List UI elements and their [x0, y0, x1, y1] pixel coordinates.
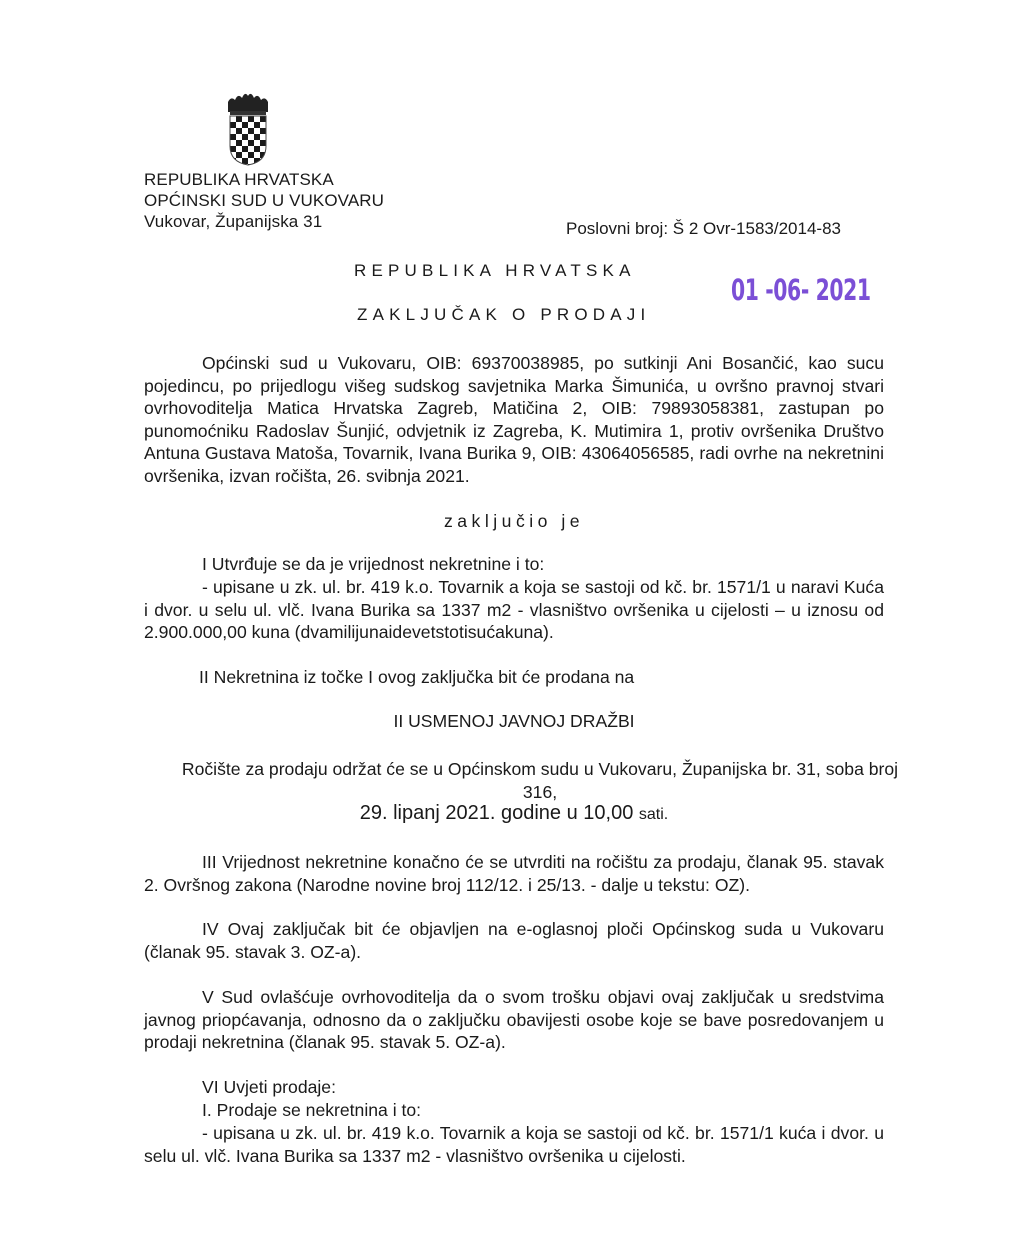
section-1-lead: I Utvrđuje se da je vrijednost nekretnin…: [144, 553, 884, 576]
section-6-sub1: I. Prodaje se nekretnina i to:: [144, 1099, 884, 1122]
section-3: III Vrijednost nekretnine konačno će se …: [144, 851, 884, 896]
section-1-item: - upisane u zk. ul. br. 419 k.o. Tovarni…: [144, 576, 884, 644]
date-stamp: 01 -06- 2021: [731, 273, 871, 307]
croatian-coat-of-arms-icon: [226, 90, 270, 166]
section-4: IV Ovaj zaključak bit će objavljen na e-…: [144, 918, 884, 963]
section-6-item: - upisana u zk. ul. br. 419 k.o. Tovarni…: [144, 1122, 884, 1167]
auction-heading: II USMENOJ JAVNOJ DRAŽBI: [144, 710, 884, 733]
hearing-time-unit: sati.: [639, 806, 668, 823]
case-number: Poslovni broj: Š 2 Ovr-1583/2014-83: [566, 219, 841, 239]
section-5: V Sud ovlašćuje ovrhovoditelja da o svom…: [144, 986, 884, 1054]
section-2-text: II Nekretnina iz točke I ovog zaključka …: [199, 666, 879, 689]
hearing-date-time: 29. lipanj 2021. godine u 10,00: [360, 802, 634, 824]
header-address: Vukovar, Županijska 31: [144, 211, 384, 232]
section-6-heading: VI Uvjeti prodaje:: [144, 1076, 884, 1099]
hearing-datetime: 29. lipanj 2021. godine u 10,00 sati.: [144, 802, 884, 827]
intro-paragraph: Općinski sud u Vukovaru, OIB: 6937003898…: [144, 352, 884, 488]
header-republic: REPUBLIKA HRVATSKA: [144, 169, 384, 190]
document-subtitle: ZAKLJUČAK O PRODAJI: [357, 305, 650, 325]
document-title: REPUBLIKA HRVATSKA: [354, 261, 636, 281]
court-header: REPUBLIKA HRVATSKA OPĆINSKI SUD U VUKOVA…: [144, 169, 384, 232]
hearing-location: Ročište za prodaju održat će se u Općins…: [180, 758, 900, 803]
decided-heading: zaključio je: [144, 510, 884, 533]
header-court: OPĆINSKI SUD U VUKOVARU: [144, 190, 384, 211]
